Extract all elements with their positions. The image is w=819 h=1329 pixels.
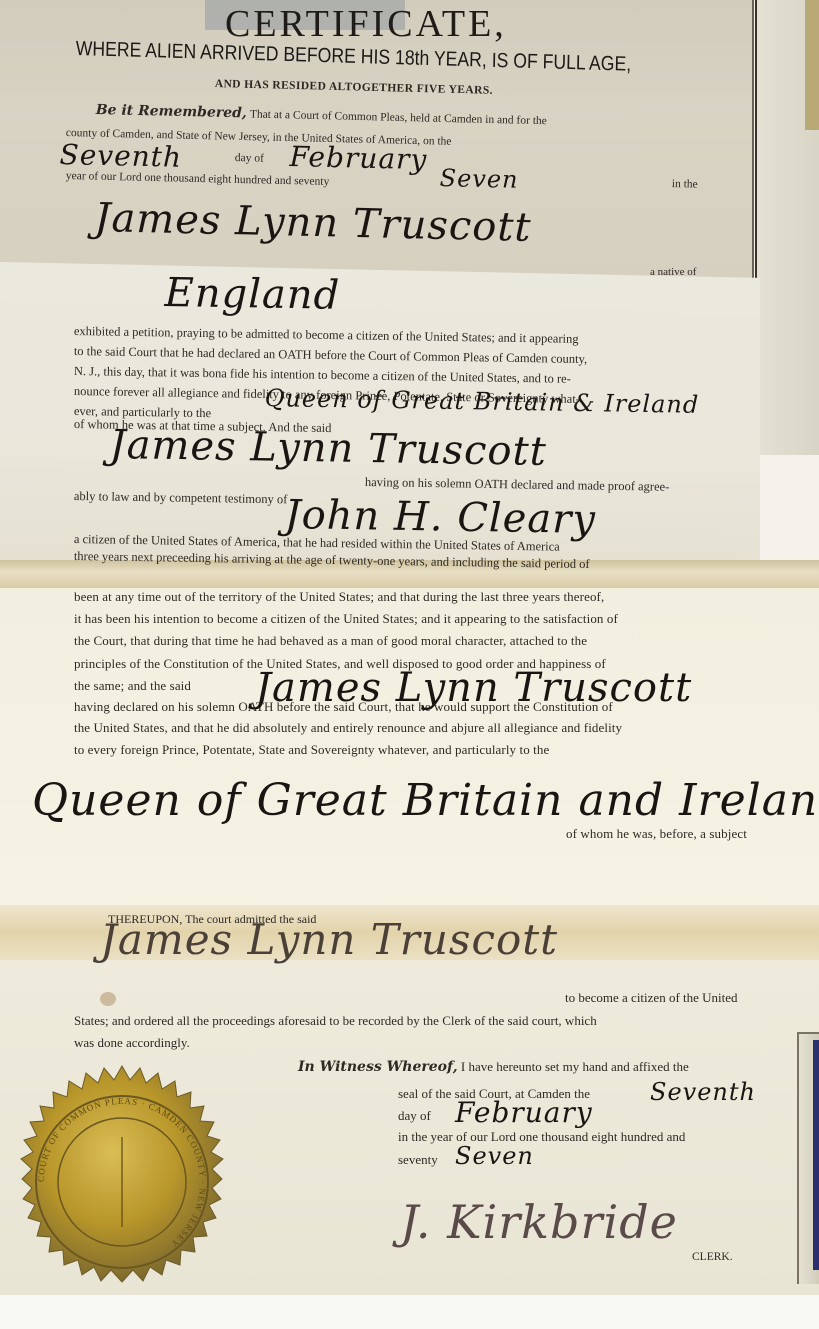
witness-line-1-text: I have hereunto set my hand and affixed … <box>461 1059 689 1074</box>
ink-stain <box>100 992 116 1006</box>
in-the-label: in the <box>672 178 698 191</box>
body-line-7: the United States, and that he did absol… <box>74 720 622 736</box>
certificate-title: CERTIFICATE, <box>225 2 507 46</box>
body-line-8: to every foreign Prince, Potentate, Stat… <box>74 742 549 758</box>
handwritten-name-4: James Lynn Truscott <box>100 915 558 964</box>
handwritten-witness-month: February <box>455 1096 593 1129</box>
handwritten-country: England <box>164 270 340 319</box>
body-line-2: it has been his intention to become a ci… <box>74 611 618 627</box>
native-of-label: a native of <box>650 266 696 278</box>
frame-corner-shadow <box>805 0 819 130</box>
handwritten-name-3: James Lynn Truscott <box>255 665 692 711</box>
handwritten-sovereign-2: Queen of Great Britain and Ireland <box>32 775 819 826</box>
whom-subject-line: of whom he was, before, a subject <box>566 826 747 842</box>
clerk-signature: J. Kirkbride <box>400 1195 678 1249</box>
handwritten-year: Seven <box>439 164 518 194</box>
in-witness-whereof: In Witness Whereof, <box>298 1059 458 1075</box>
body-line-5: the same; and the said <box>74 678 191 694</box>
handwritten-name-2: James Lynn Truscott <box>109 422 547 475</box>
gold-seal-icon: COURT OF COMMON PLEAS · CAMDEN COUNTY · … <box>2 1062 242 1302</box>
witness-line-1: In Witness Whereof, I have hereunto set … <box>298 1059 689 1075</box>
witness-line-4: in the year of our Lord one thousand eig… <box>398 1129 685 1145</box>
done-line: was done accordingly. <box>74 1035 190 1051</box>
handwritten-day: Seventh <box>59 138 182 174</box>
ordered-line: States; and ordered all the proceedings … <box>74 1013 597 1029</box>
witness-line-5: seventy <box>398 1152 438 1168</box>
body-line-3: the Court, that during that time he had … <box>74 633 587 649</box>
be-it-remembered: Be it Remembered, <box>96 102 247 121</box>
frame-bottom-right-edge <box>797 1032 819 1284</box>
handwritten-witness-year: Seven <box>455 1142 534 1170</box>
witness-line-3: day of <box>398 1108 431 1124</box>
day-of-label: day of <box>235 152 264 165</box>
clerk-label: CLERK. <box>692 1251 733 1263</box>
body-line-1: been at any time out of the territory of… <box>74 589 604 605</box>
become-citizen-line: to become a citizen of the United <box>565 990 738 1006</box>
handwritten-witness-day: Seventh <box>650 1078 756 1106</box>
handwritten-month: February <box>289 140 427 176</box>
